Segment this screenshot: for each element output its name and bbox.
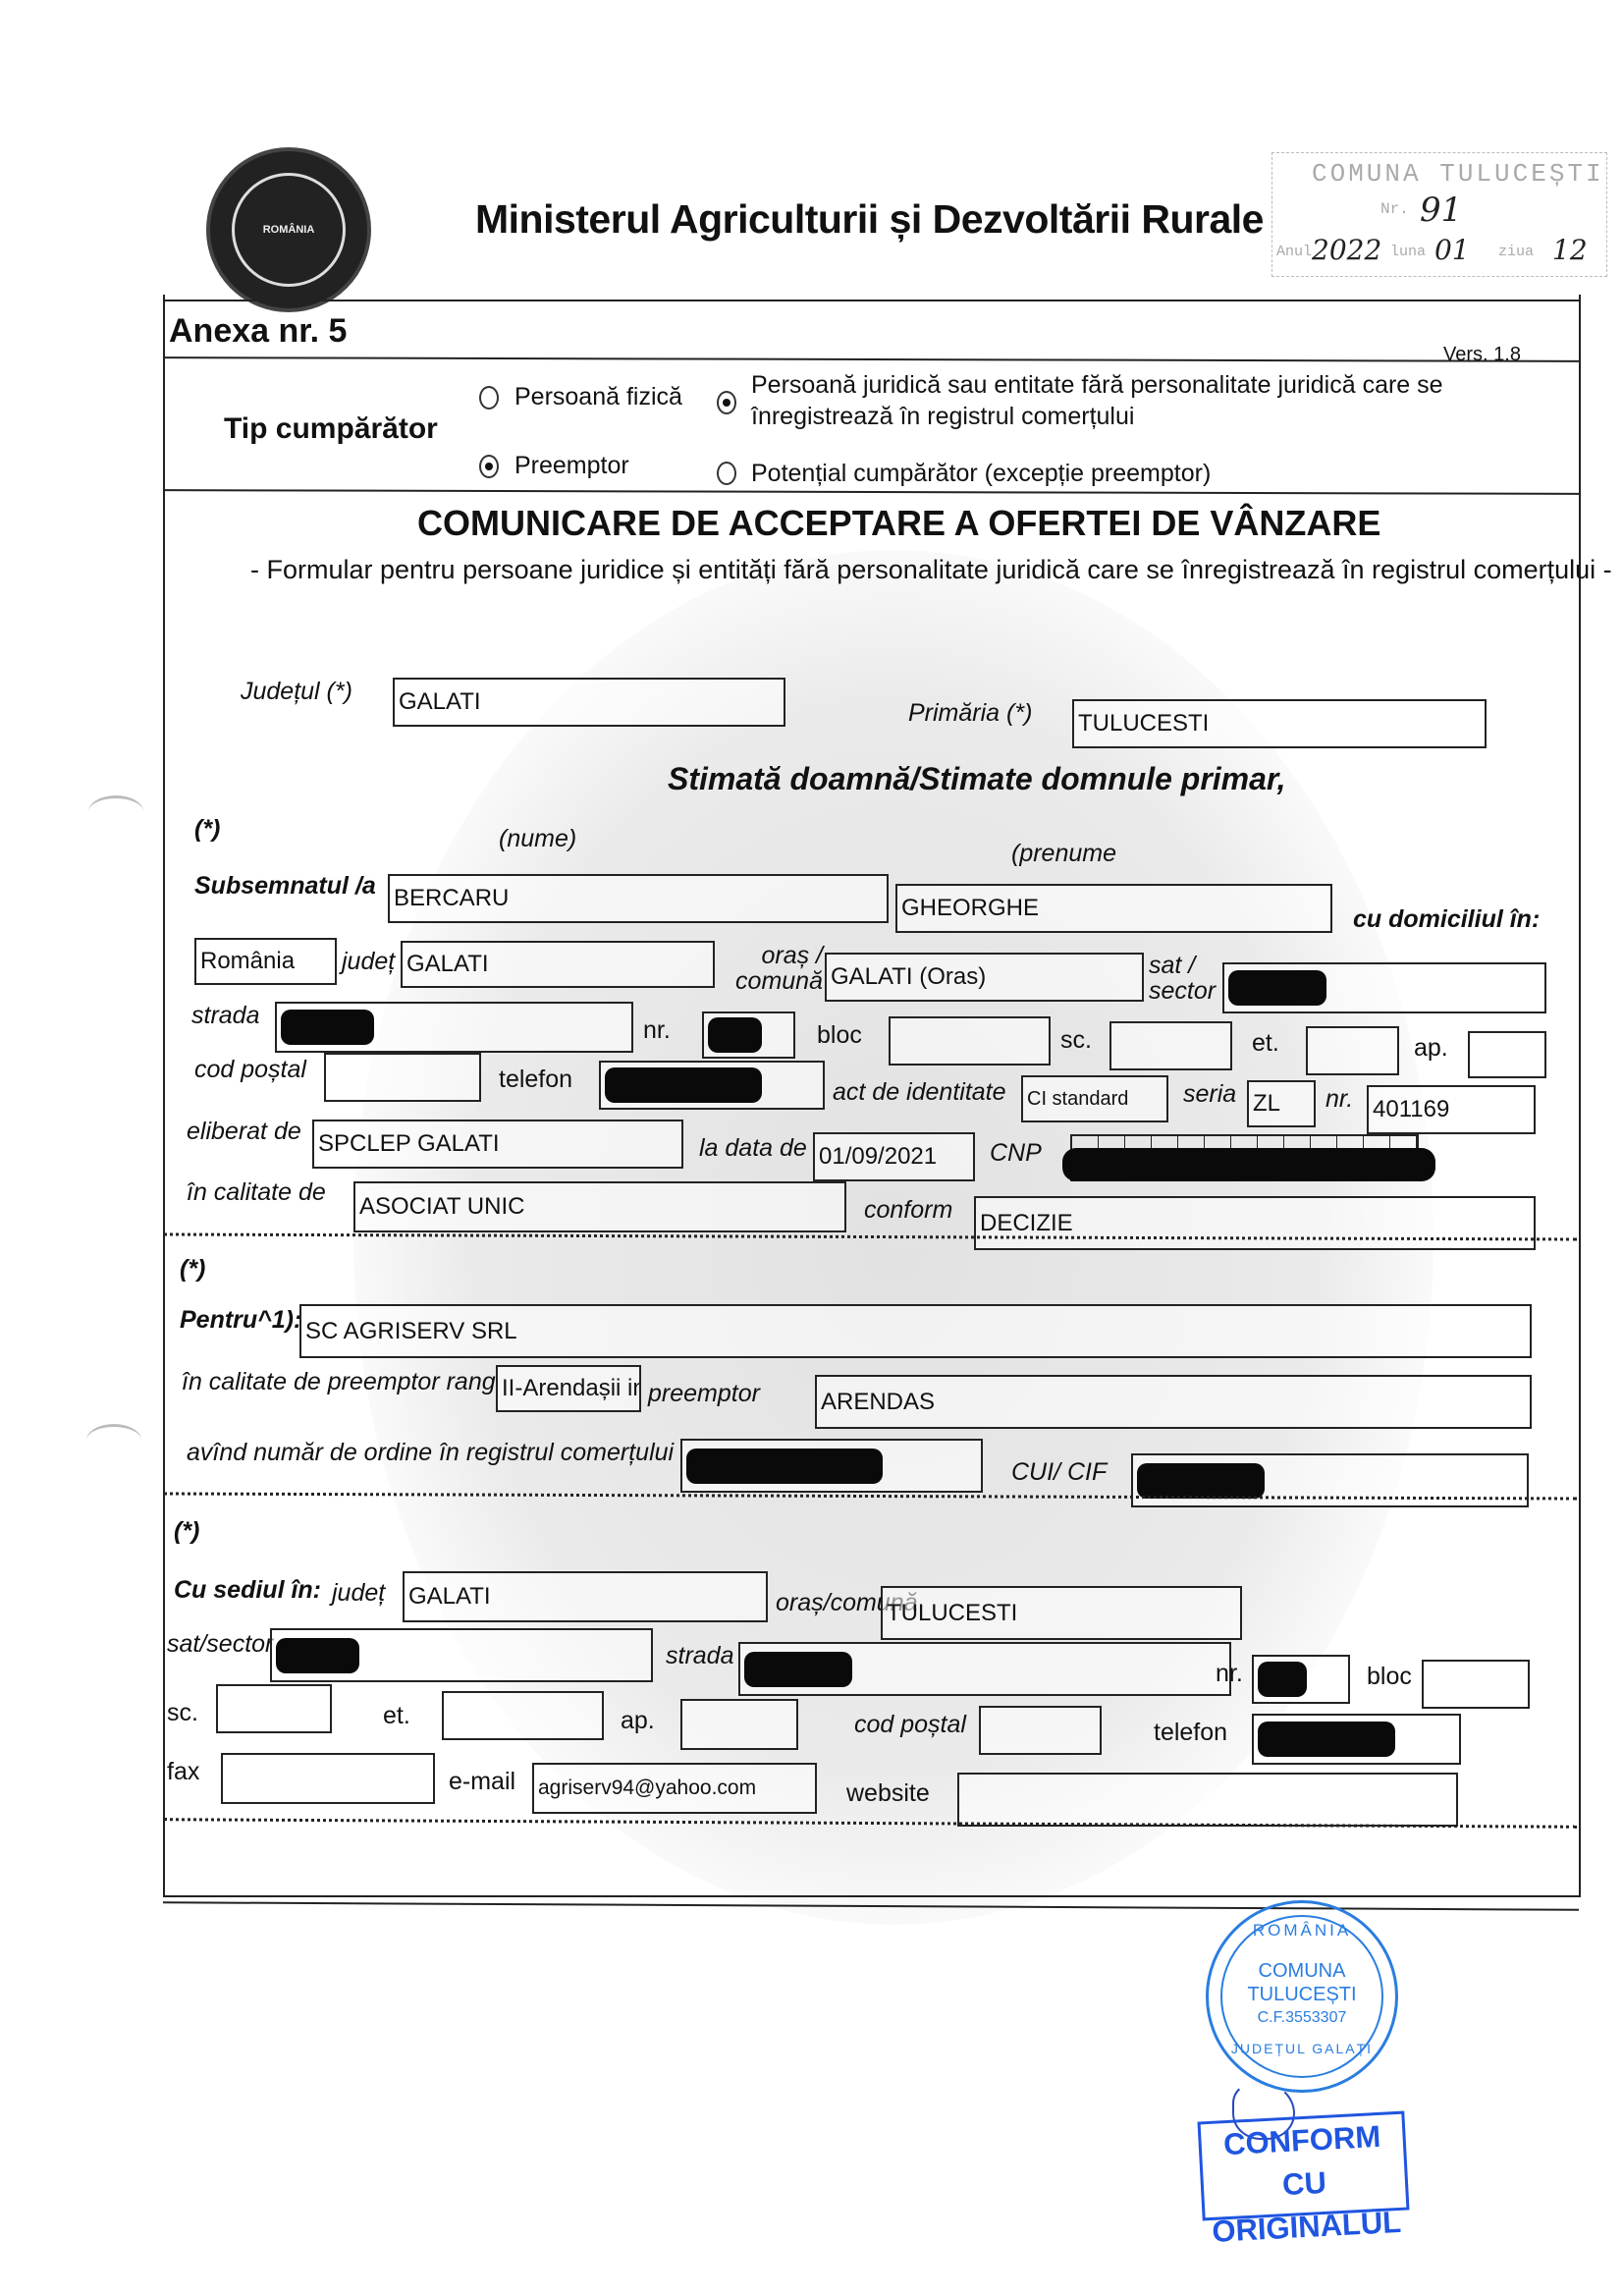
sediu-sat-field[interactable] xyxy=(270,1628,653,1682)
certification-line2: ORIGINALUL xyxy=(1205,2201,1408,2255)
seria-label: seria xyxy=(1183,1080,1236,1109)
redaction-mark xyxy=(1258,1662,1307,1697)
redaction-mark xyxy=(281,1010,374,1045)
radio-persoana-juridica[interactable] xyxy=(717,391,736,414)
act-label: act de identitate xyxy=(833,1078,1006,1107)
ministry-logo: ROMÂNIA xyxy=(206,147,371,312)
sediu-telefon-field[interactable] xyxy=(1252,1714,1461,1765)
seal-top-text: ROMÂNIA xyxy=(1209,1921,1395,1941)
redaction-mark xyxy=(1228,970,1326,1006)
stamp-ziua-label: ziua xyxy=(1498,244,1534,260)
judet-label: Județul (*) xyxy=(241,678,352,706)
sediu-bloc-field[interactable] xyxy=(1422,1660,1530,1709)
website-field[interactable] xyxy=(957,1773,1458,1827)
sediu-judet-field[interactable]: GALATI xyxy=(403,1571,768,1622)
rang-field[interactable]: II-Arendașii inve xyxy=(496,1365,641,1412)
preemptor-label: preemptor xyxy=(648,1380,760,1408)
pentru-label: Pentru^1): xyxy=(180,1306,301,1335)
judet-domiciliu-label: județ xyxy=(342,948,395,976)
registru-label: avînd număr de ordine în registrul comer… xyxy=(187,1439,674,1467)
sediu-cod-postal-field[interactable] xyxy=(979,1706,1102,1755)
ap-label: ap. xyxy=(1414,1034,1448,1063)
sat-field[interactable] xyxy=(1222,962,1546,1013)
primaria-field[interactable]: TULUCESTI xyxy=(1072,699,1487,748)
sediu-et-field[interactable] xyxy=(442,1691,604,1740)
sediu-et-label: et. xyxy=(383,1702,410,1730)
ap-field[interactable] xyxy=(1468,1031,1546,1078)
greeting: Stimată doamnă/Stimate domnule primar, xyxy=(668,761,1285,797)
buyer-type-label: Tip cumpărător xyxy=(224,412,438,446)
logo-text: ROMÂNIA xyxy=(263,224,315,236)
official-seal: ROMÂNIA COMUNA TULUCEȘTI C.F.3553307 JUD… xyxy=(1206,1900,1398,2093)
data-label: la data de xyxy=(699,1134,807,1163)
sediu-ap-field[interactable] xyxy=(680,1699,798,1750)
redaction-mark xyxy=(708,1017,762,1053)
bloc-label: bloc xyxy=(817,1021,862,1050)
certification-line1: CONFORM CU xyxy=(1201,2114,1406,2212)
sediu-nr-field[interactable] xyxy=(1252,1655,1350,1704)
pentru-field[interactable]: SC AGRISERV SRL xyxy=(299,1304,1532,1358)
data-field[interactable]: 01/09/2021 xyxy=(813,1132,975,1181)
redaction-mark xyxy=(1258,1722,1395,1757)
strada-label: strada xyxy=(191,1002,259,1030)
email-label: e-mail xyxy=(449,1768,515,1796)
conform-field[interactable]: DECIZIE xyxy=(974,1196,1536,1250)
primaria-label: Primăria (*) xyxy=(908,699,1032,728)
sediu-strada-field[interactable] xyxy=(738,1642,1231,1696)
email-field[interactable]: agriserv94@yahoo.com xyxy=(532,1763,817,1814)
conform-label: conform xyxy=(864,1196,952,1225)
sediu-label: Cu sediul în: xyxy=(174,1576,321,1605)
stamp-ziua-value: 12 xyxy=(1552,234,1588,266)
telefon-label: telefon xyxy=(499,1066,572,1094)
stamp-luna-value: 01 xyxy=(1434,234,1470,266)
prenume-hint: (prenume xyxy=(1011,840,1116,868)
stamp-nr-value: 91 xyxy=(1420,191,1462,230)
cui-label: CUI/ CIF xyxy=(1011,1458,1107,1487)
fax-label: fax xyxy=(167,1758,199,1786)
et-label: et. xyxy=(1252,1029,1279,1058)
option-persoana-juridica: Persoană juridică sau entitate fără pers… xyxy=(751,371,1443,400)
sat-label: sat / sector xyxy=(1149,953,1217,1004)
judet-field[interactable]: GALATI xyxy=(393,678,785,727)
tara-field[interactable]: România xyxy=(194,938,337,985)
required-mark: (*) xyxy=(194,815,220,844)
nume-hint: (nume) xyxy=(499,825,576,853)
et-field[interactable] xyxy=(1306,1026,1399,1075)
redaction-mark xyxy=(276,1638,359,1673)
sediu-sat-label: sat/sector xyxy=(167,1630,273,1659)
telefon-field[interactable] xyxy=(599,1061,825,1110)
punch-hole xyxy=(86,1424,141,1456)
sediu-nr-label: nr. xyxy=(1216,1660,1243,1688)
radio-preemptor[interactable] xyxy=(479,455,499,478)
subsemnatul-label: Subsemnatul /a xyxy=(194,872,376,901)
form-title: COMUNICARE DE ACCEPTARE A OFERTEI DE VÂN… xyxy=(417,503,1380,544)
option-potential-cumparator: Potențial cumpărător (excepție preemptor… xyxy=(751,460,1211,488)
seal-line1: COMUNA xyxy=(1209,1960,1395,1983)
redaction-mark xyxy=(1137,1463,1265,1499)
annex-number: Anexa nr. 5 xyxy=(169,312,347,351)
stamp-an-value: 2022 xyxy=(1312,234,1381,266)
act-nr-field[interactable]: 401169 xyxy=(1367,1085,1536,1134)
sediu-judet-label: județ xyxy=(332,1579,385,1608)
sediu-telefon-label: telefon xyxy=(1154,1719,1227,1747)
stamp-institution: COMUNA TULUCEȘTI xyxy=(1312,159,1604,189)
preemptor-field[interactable]: ARENDAS xyxy=(815,1375,1532,1429)
seal-line2: TULUCEȘTI xyxy=(1209,1984,1395,2006)
calitate-field[interactable]: ASOCIAT UNIC xyxy=(353,1181,846,1232)
registru-field[interactable] xyxy=(680,1439,983,1493)
sc-label: sc. xyxy=(1060,1026,1092,1055)
sediu-sc-label: sc. xyxy=(167,1699,198,1727)
act-nr-label: nr. xyxy=(1325,1085,1353,1114)
certification-stamp: CONFORM CU ORIGINALUL xyxy=(1198,2111,1410,2221)
cod-postal-label: cod poștal xyxy=(194,1056,306,1084)
redaction-mark xyxy=(1062,1148,1435,1181)
nr-field[interactable] xyxy=(702,1011,795,1059)
prenume-field[interactable]: GHEORGHE xyxy=(895,884,1332,933)
stamp-luna-label: luna xyxy=(1390,244,1426,260)
redaction-mark xyxy=(686,1449,883,1484)
sediu-strada-label: strada xyxy=(666,1642,733,1670)
eliberat-field[interactable]: SPCLEP GALATI xyxy=(312,1120,683,1169)
required-mark: (*) xyxy=(180,1255,205,1284)
option-persoana-fizica: Persoană fizică xyxy=(514,383,682,411)
calitate-label: în calitate de xyxy=(187,1178,326,1207)
seria-field[interactable]: ZL xyxy=(1247,1080,1316,1127)
option-persoana-juridica-cont: înregistrează în registrul comerțului xyxy=(751,403,1134,431)
strada-field[interactable] xyxy=(275,1002,633,1053)
seal-line3: C.F.3553307 xyxy=(1209,2009,1395,2027)
sediu-bloc-label: bloc xyxy=(1367,1663,1412,1691)
form-subtitle: - Formular pentru persoane juridice și e… xyxy=(250,555,1612,585)
form-version: Vers. 1.8 xyxy=(1443,344,1521,366)
seal-bottom-text: JUDEȚUL GALAȚI xyxy=(1209,2041,1395,2056)
ministry-name: Ministerul Agriculturii și Dezvoltării R… xyxy=(475,196,1264,243)
oras-field[interactable]: GALATI (Oras) xyxy=(825,953,1144,1002)
radio-potential-cumparator[interactable] xyxy=(717,462,736,485)
website-label: website xyxy=(846,1779,930,1808)
sc-field[interactable] xyxy=(1109,1021,1232,1070)
act-field[interactable]: CI standard xyxy=(1021,1075,1168,1122)
fax-field[interactable] xyxy=(221,1753,435,1804)
domiciliu-label: cu domiciliul în: xyxy=(1353,905,1540,934)
stamp-an-label: Anul xyxy=(1276,244,1312,260)
required-mark: (*) xyxy=(174,1517,199,1546)
redaction-mark xyxy=(605,1067,762,1103)
cnp-label: CNP xyxy=(990,1139,1042,1168)
redaction-mark xyxy=(744,1652,852,1687)
divider xyxy=(163,300,1579,301)
nume-field[interactable]: BERCARU xyxy=(388,874,889,923)
stamp-nr-label: Nr. xyxy=(1380,200,1409,218)
radio-persoana-fizica[interactable] xyxy=(479,386,499,410)
sediu-ap-label: ap. xyxy=(621,1707,655,1735)
option-preemptor: Preemptor xyxy=(514,452,629,480)
eliberat-label: eliberat de xyxy=(187,1118,301,1146)
sediu-oras-field[interactable]: TULUCESTI xyxy=(881,1586,1242,1640)
punch-hole xyxy=(88,795,143,828)
cnp-field[interactable] xyxy=(1070,1134,1419,1181)
sediu-sc-field[interactable] xyxy=(216,1684,332,1733)
registration-stamp: COMUNA TULUCEȘTI Nr. 91 Anul 2022 luna 0… xyxy=(1271,152,1607,277)
nr-label: nr. xyxy=(643,1016,671,1045)
sediu-cod-postal-label: cod poștal xyxy=(854,1711,966,1739)
judet-domiciliu-field[interactable]: GALATI xyxy=(401,941,715,988)
cod-postal-field[interactable] xyxy=(324,1053,481,1102)
oras-label: oraș / comună xyxy=(725,943,823,994)
rang-label: în calitate de preemptor rang xyxy=(182,1368,496,1396)
bloc-field[interactable] xyxy=(889,1016,1051,1066)
